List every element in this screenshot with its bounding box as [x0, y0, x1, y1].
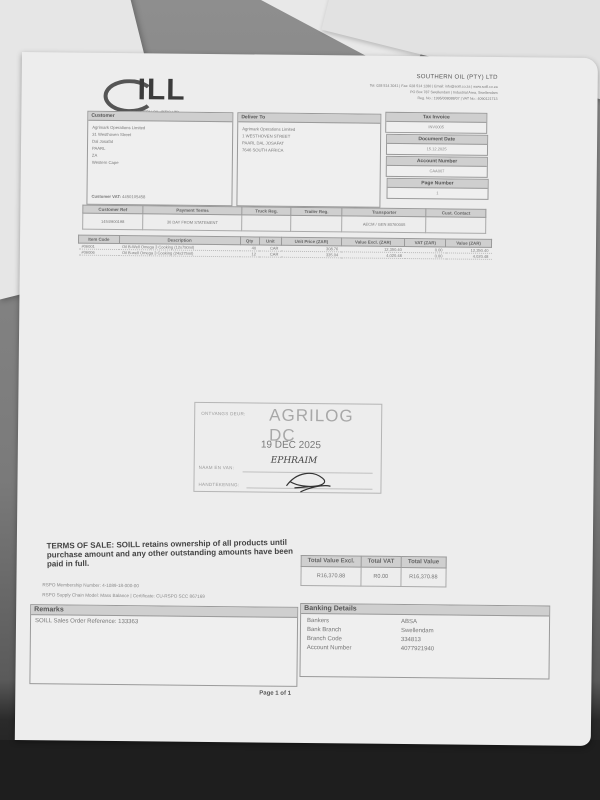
order-info-table: Customer RefPayment TermsTruck Reg.Trail…	[82, 205, 486, 234]
terms-of-sale: TERMS OF SALE: SOILL retains ownership o…	[47, 538, 297, 569]
info-field: Account NumberCAA007	[386, 156, 488, 178]
line-item-cell: 4,020.48	[341, 252, 405, 259]
totals-header: Total Value	[401, 556, 447, 567]
deliver-to-address-line: 7646 SOUTH AFRICA	[238, 146, 380, 154]
stamp-name-label: NAAM EN VAN:	[199, 465, 235, 470]
line-item-cell: 335.04	[281, 251, 341, 258]
rspo-membership: RSPO Membership Number: 4-1089-18-000-00	[42, 582, 139, 588]
banking-value: Swellendam	[401, 627, 434, 636]
order-info-value: AECM / GEN 80760005	[342, 216, 426, 233]
customer-vat-value: 4450105458	[122, 194, 145, 199]
info-field-value: 15.12.2025	[387, 144, 487, 154]
rspo-supply-chain: RSPO Supply Chain Model: Mass Balance | …	[42, 592, 205, 599]
company-name: SOUTHERN OIL (PTY) LTD	[416, 74, 497, 81]
customer-address-line: Western Cape	[88, 159, 232, 168]
line-item-header: Unit	[259, 237, 281, 245]
customer-address: Agrimark Operations Limited31 Westhoven …	[88, 121, 232, 168]
customer-box: Customer Agrimark Operations Limited31 W…	[86, 111, 233, 207]
line-item-cell: 0.00	[405, 253, 446, 259]
company-logo: ILL SOUTHERN OIL (PTY) LTD	[99, 71, 199, 114]
line-items-table: Item CodeDescriptionQtyUnitUnit Price (Z…	[78, 235, 492, 260]
banking-row: Account Number4077921940	[301, 644, 549, 656]
tax-invoice-document: ILL SOUTHERN OIL (PTY) LTD SOUTHERN OIL …	[15, 52, 598, 746]
company-address: PO Box 787 Swellendam | Industrial Area,…	[410, 90, 497, 95]
line-item-cell: 4,020.48	[445, 253, 491, 259]
order-info-value	[291, 215, 342, 232]
banking-value: 334813	[401, 636, 421, 645]
order-info-value: 1454/900198	[83, 213, 143, 230]
info-field: Page Number1	[386, 178, 488, 200]
info-field: Document Date15.12.2025	[386, 134, 488, 156]
totals-header: Total VAT	[361, 556, 401, 567]
info-field-value: 1	[387, 188, 487, 198]
totals-table: Total Value Excl.Total VATTotal Value R1…	[300, 555, 446, 588]
remarks-text: SOILL Sales Order Reference: 133363	[31, 615, 297, 628]
remarks-box: Remarks SOILL Sales Order Reference: 133…	[29, 604, 298, 687]
page-footer: Page 1 of 1	[259, 691, 291, 697]
info-field-value: CAA007	[387, 166, 487, 176]
line-item-header: Qty	[240, 237, 259, 245]
customer-vat-label: Customer VAT:	[91, 194, 120, 199]
customer-vat: Customer VAT: 4450105458	[87, 193, 149, 201]
line-item-cell: CAR	[259, 251, 281, 257]
order-info-value	[242, 215, 291, 232]
deliver-to-address: Agrimark Operations Limited1 WESTHOVEN S…	[238, 122, 380, 154]
stamp-date: 19 DEC 2025	[261, 440, 321, 452]
info-field: Tax InvoiceINV0005	[385, 112, 487, 134]
signature-icon	[282, 468, 334, 495]
stamp-name-value: EPHRAIM	[271, 456, 318, 466]
company-registration: Reg. No.: 1995/008088/07 | VAT No.: 4090…	[417, 96, 497, 101]
line-item-cell: #06006	[78, 249, 119, 255]
stamp-signature-label: HANDTEKENING:	[198, 482, 239, 487]
banking-value: ABSA	[401, 618, 417, 627]
banking-label: Account Number	[307, 644, 401, 654]
order-info-value: 30 DAY FROM STATEMENT	[143, 214, 243, 231]
totals-value: R16,370.88	[401, 567, 447, 586]
totals-value: R0.00	[361, 567, 401, 586]
totals-header: Total Value Excl.	[301, 555, 361, 567]
totals-value: R16,370.88	[301, 566, 361, 586]
banking-rows: BankersABSABank BranchSwellendamBranch C…	[301, 614, 549, 656]
banking-details-box: Banking Details BankersABSABank BranchSw…	[299, 603, 550, 680]
banking-value: 4077921940	[401, 645, 434, 654]
deliver-to-box: Deliver To Agrimark Operations Limited1 …	[236, 112, 381, 208]
line-item-cell: 12	[240, 251, 259, 257]
received-stamp: ONTVANGS DEUR: AGRILOG DC 19 DEC 2025 NA…	[193, 402, 382, 494]
stamp-received-label: ONTVANGS DEUR:	[201, 411, 245, 416]
company-contact: Tel: 028 514 3041 | Fax: 028 514 1280 | …	[370, 84, 498, 89]
desk-shadow	[0, 740, 600, 800]
logo-text: ILL	[137, 73, 185, 108]
info-field-value: INV0005	[386, 122, 486, 132]
line-item-cell: Oil B-well Omega 3 Cooking (24x375ml)	[119, 250, 240, 257]
order-info-value	[426, 217, 486, 234]
